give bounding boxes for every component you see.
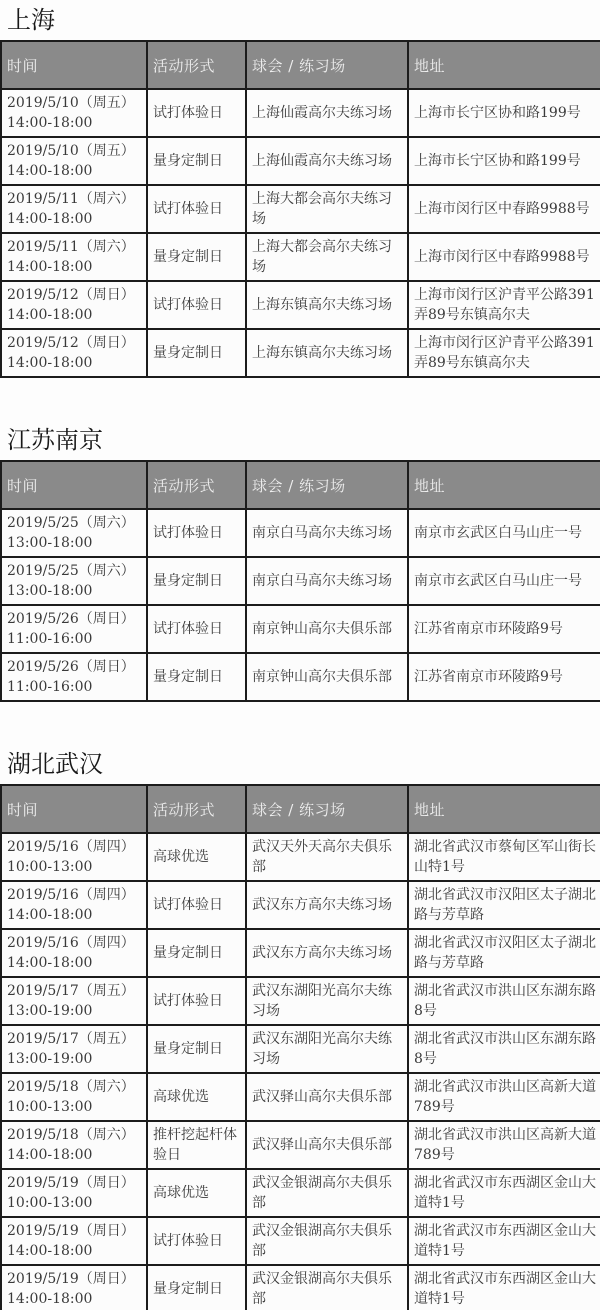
event-time: 13:00-19:00 bbox=[7, 1049, 142, 1069]
event-time: 14:00-18:00 bbox=[7, 161, 142, 181]
event-date: 2019/5/10（周五） bbox=[7, 93, 142, 113]
schedule-row: 2019/5/10（周五） 14:00-18:00 量身定制日 上海仙霞高尔夫练… bbox=[1, 137, 600, 185]
sections-container: 上海 时间 活动形式 球会 / 练习场 地址 2019/5/10（周五） 14:… bbox=[0, 6, 600, 1310]
event-time: 11:00-16:00 bbox=[7, 629, 142, 649]
event-date: 2019/5/16（周四） bbox=[7, 837, 142, 857]
event-date: 2019/5/19（周日） bbox=[7, 1221, 142, 1241]
column-header: 活动形式 bbox=[147, 785, 246, 833]
activity-cell: 试打体验日 bbox=[147, 509, 246, 557]
address-cell: 湖北省武汉市洪山区东湖东路8号 bbox=[408, 977, 600, 1025]
schedule-row: 2019/5/11（周六） 14:00-18:00 量身定制日 上海大都会高尔夫… bbox=[1, 233, 600, 281]
schedule-row: 2019/5/16（周四） 10:00-13:00 高球优选 武汉天外天高尔夫俱… bbox=[1, 833, 600, 881]
city-section: 江苏南京 时间 活动形式 球会 / 练习场 地址 2019/5/25（周六） 1… bbox=[0, 426, 600, 702]
event-date: 2019/5/18（周六） bbox=[7, 1125, 142, 1145]
column-header: 时间 bbox=[1, 41, 147, 89]
city-section: 湖北武汉 时间 活动形式 球会 / 练习场 地址 2019/5/16（周四） 1… bbox=[0, 750, 600, 1310]
event-time: 13:00-18:00 bbox=[7, 533, 142, 553]
schedule-row: 2019/5/19（周日） 10:00-13:00 高球优选 武汉金银湖高尔夫俱… bbox=[1, 1169, 600, 1217]
activity-cell: 试打体验日 bbox=[147, 605, 246, 653]
schedule-row: 2019/5/16（周四） 14:00-18:00 试打体验日 武汉东方高尔夫练… bbox=[1, 881, 600, 929]
column-header: 时间 bbox=[1, 461, 147, 509]
activity-cell: 试打体验日 bbox=[147, 977, 246, 1025]
event-time: 14:00-18:00 bbox=[7, 1289, 142, 1309]
schedule-table: 时间 活动形式 球会 / 练习场 地址 2019/5/10（周五） 14:00-… bbox=[0, 40, 600, 378]
address-cell: 上海市长宁区协和路199号 bbox=[408, 137, 600, 185]
event-date: 2019/5/12（周日） bbox=[7, 333, 142, 353]
header-row: 时间 活动形式 球会 / 练习场 地址 bbox=[1, 461, 600, 509]
schedule-row: 2019/5/17（周五） 13:00-19:00 试打体验日 武汉东湖阳光高尔… bbox=[1, 977, 600, 1025]
address-cell: 湖北省武汉市蔡甸区军山街长山特1号 bbox=[408, 833, 600, 881]
address-cell: 南京市玄武区白马山庄一号 bbox=[408, 509, 600, 557]
activity-cell: 试打体验日 bbox=[147, 89, 246, 137]
address-cell: 湖北省武汉市东西湖区金山大道特1号 bbox=[408, 1217, 600, 1265]
time-cell: 2019/5/25（周六） 13:00-18:00 bbox=[1, 557, 147, 605]
event-date: 2019/5/19（周日） bbox=[7, 1173, 142, 1193]
activity-cell: 高球优选 bbox=[147, 1169, 246, 1217]
time-cell: 2019/5/18（周六） 14:00-18:00 bbox=[1, 1121, 147, 1169]
activity-cell: 试打体验日 bbox=[147, 281, 246, 329]
activity-cell: 量身定制日 bbox=[147, 137, 246, 185]
activity-cell: 量身定制日 bbox=[147, 557, 246, 605]
venue-cell: 武汉东湖阳光高尔夫练习场 bbox=[246, 1025, 408, 1073]
schedule-row: 2019/5/26（周日） 11:00-16:00 量身定制日 南京钟山高尔夫俱… bbox=[1, 653, 600, 701]
schedule-row: 2019/5/19（周日） 14:00-18:00 量身定制日 武汉金银湖高尔夫… bbox=[1, 1265, 600, 1310]
column-header: 地址 bbox=[408, 41, 600, 89]
venue-cell: 武汉东方高尔夫练习场 bbox=[246, 881, 408, 929]
column-header: 球会 / 练习场 bbox=[246, 785, 408, 833]
event-date: 2019/5/25（周六） bbox=[7, 561, 142, 581]
table-body: 2019/5/16（周四） 10:00-13:00 高球优选 武汉天外天高尔夫俱… bbox=[1, 833, 600, 1310]
schedule-row: 2019/5/12（周日） 14:00-18:00 试打体验日 上海东镇高尔夫练… bbox=[1, 281, 600, 329]
event-time: 14:00-18:00 bbox=[7, 113, 142, 133]
schedule-row: 2019/5/16（周四） 14:00-18:00 量身定制日 武汉东方高尔夫练… bbox=[1, 929, 600, 977]
schedule-row: 2019/5/25（周六） 13:00-18:00 试打体验日 南京白马高尔夫练… bbox=[1, 509, 600, 557]
event-date: 2019/5/18（周六） bbox=[7, 1077, 142, 1097]
column-header: 球会 / 练习场 bbox=[246, 41, 408, 89]
column-header: 球会 / 练习场 bbox=[246, 461, 408, 509]
activity-cell: 量身定制日 bbox=[147, 1025, 246, 1073]
event-date: 2019/5/26（周日） bbox=[7, 657, 142, 677]
time-cell: 2019/5/10（周五） 14:00-18:00 bbox=[1, 137, 147, 185]
city-title: 上海 bbox=[7, 6, 600, 34]
venue-cell: 武汉东方高尔夫练习场 bbox=[246, 929, 408, 977]
event-date: 2019/5/26（周日） bbox=[7, 609, 142, 629]
event-time: 14:00-18:00 bbox=[7, 209, 142, 229]
event-time: 14:00-18:00 bbox=[7, 905, 142, 925]
time-cell: 2019/5/26（周日） 11:00-16:00 bbox=[1, 605, 147, 653]
table-head: 时间 活动形式 球会 / 练习场 地址 bbox=[1, 785, 600, 833]
schedule-row: 2019/5/19（周日） 14:00-18:00 试打体验日 武汉金银湖高尔夫… bbox=[1, 1217, 600, 1265]
city-section: 上海 时间 活动形式 球会 / 练习场 地址 2019/5/10（周五） 14:… bbox=[0, 6, 600, 378]
event-date: 2019/5/11（周六） bbox=[7, 189, 142, 209]
time-cell: 2019/5/26（周日） 11:00-16:00 bbox=[1, 653, 147, 701]
time-cell: 2019/5/17（周五） 13:00-19:00 bbox=[1, 1025, 147, 1073]
venue-cell: 武汉金银湖高尔夫俱乐部 bbox=[246, 1265, 408, 1310]
time-cell: 2019/5/10（周五） 14:00-18:00 bbox=[1, 89, 147, 137]
time-cell: 2019/5/16（周四） 14:00-18:00 bbox=[1, 881, 147, 929]
time-cell: 2019/5/12（周日） 14:00-18:00 bbox=[1, 281, 147, 329]
event-date: 2019/5/10（周五） bbox=[7, 141, 142, 161]
address-cell: 湖北省武汉市洪山区高新大道789号 bbox=[408, 1073, 600, 1121]
venue-cell: 上海仙霞高尔夫练习场 bbox=[246, 89, 408, 137]
activity-cell: 高球优选 bbox=[147, 833, 246, 881]
venue-cell: 上海仙霞高尔夫练习场 bbox=[246, 137, 408, 185]
event-date: 2019/5/25（周六） bbox=[7, 513, 142, 533]
event-time: 14:00-18:00 bbox=[7, 953, 142, 973]
time-cell: 2019/5/18（周六） 10:00-13:00 bbox=[1, 1073, 147, 1121]
time-cell: 2019/5/11（周六） 14:00-18:00 bbox=[1, 233, 147, 281]
column-header: 地址 bbox=[408, 785, 600, 833]
event-time: 14:00-18:00 bbox=[7, 1241, 142, 1261]
event-time: 10:00-13:00 bbox=[7, 1193, 142, 1213]
city-title: 江苏南京 bbox=[7, 426, 600, 454]
column-header: 活动形式 bbox=[147, 41, 246, 89]
column-header: 时间 bbox=[1, 785, 147, 833]
time-cell: 2019/5/16（周四） 10:00-13:00 bbox=[1, 833, 147, 881]
schedule-row: 2019/5/10（周五） 14:00-18:00 试打体验日 上海仙霞高尔夫练… bbox=[1, 89, 600, 137]
address-cell: 上海市长宁区协和路199号 bbox=[408, 89, 600, 137]
event-time: 13:00-18:00 bbox=[7, 581, 142, 601]
venue-cell: 武汉金银湖高尔夫俱乐部 bbox=[246, 1217, 408, 1265]
schedule-row: 2019/5/11（周六） 14:00-18:00 试打体验日 上海大都会高尔夫… bbox=[1, 185, 600, 233]
venue-cell: 武汉天外天高尔夫俱乐部 bbox=[246, 833, 408, 881]
event-date: 2019/5/11（周六） bbox=[7, 237, 142, 257]
address-cell: 上海市闵行区沪青平公路391弄89号东镇高尔夫 bbox=[408, 329, 600, 377]
event-date: 2019/5/19（周日） bbox=[7, 1269, 142, 1289]
venue-cell: 南京白马高尔夫练习场 bbox=[246, 509, 408, 557]
address-cell: 湖北省武汉市汉阳区太子湖北路与芳草路 bbox=[408, 929, 600, 977]
event-time: 10:00-13:00 bbox=[7, 857, 142, 877]
schedule-table: 时间 活动形式 球会 / 练习场 地址 2019/5/16（周四） 10:00-… bbox=[0, 784, 600, 1310]
event-date: 2019/5/17（周五） bbox=[7, 981, 142, 1001]
time-cell: 2019/5/19（周日） 10:00-13:00 bbox=[1, 1169, 147, 1217]
event-time: 14:00-18:00 bbox=[7, 1145, 142, 1165]
activity-cell: 高球优选 bbox=[147, 1073, 246, 1121]
address-cell: 湖北省武汉市洪山区东湖东路8号 bbox=[408, 1025, 600, 1073]
venue-cell: 武汉金银湖高尔夫俱乐部 bbox=[246, 1169, 408, 1217]
activity-cell: 推杆挖起杆体验日 bbox=[147, 1121, 246, 1169]
header-row: 时间 活动形式 球会 / 练习场 地址 bbox=[1, 785, 600, 833]
table-body: 2019/5/25（周六） 13:00-18:00 试打体验日 南京白马高尔夫练… bbox=[1, 509, 600, 701]
event-time: 11:00-16:00 bbox=[7, 677, 142, 697]
time-cell: 2019/5/25（周六） 13:00-18:00 bbox=[1, 509, 147, 557]
venue-cell: 武汉驿山高尔夫俱乐部 bbox=[246, 1073, 408, 1121]
schedule-row: 2019/5/12（周日） 14:00-18:00 量身定制日 上海东镇高尔夫练… bbox=[1, 329, 600, 377]
venue-cell: 南京钟山高尔夫俱乐部 bbox=[246, 605, 408, 653]
schedule-row: 2019/5/18（周六） 14:00-18:00 推杆挖起杆体验日 武汉驿山高… bbox=[1, 1121, 600, 1169]
venue-cell: 南京白马高尔夫练习场 bbox=[246, 557, 408, 605]
address-cell: 上海市闵行区沪青平公路391弄89号东镇高尔夫 bbox=[408, 281, 600, 329]
column-header: 地址 bbox=[408, 461, 600, 509]
time-cell: 2019/5/19（周日） 14:00-18:00 bbox=[1, 1217, 147, 1265]
event-date: 2019/5/17（周五） bbox=[7, 1029, 142, 1049]
address-cell: 江苏省南京市环陵路9号 bbox=[408, 653, 600, 701]
address-cell: 湖北省武汉市洪山区高新大道789号 bbox=[408, 1121, 600, 1169]
event-date: 2019/5/12（周日） bbox=[7, 285, 142, 305]
event-time: 14:00-18:00 bbox=[7, 257, 142, 277]
event-date: 2019/5/16（周四） bbox=[7, 885, 142, 905]
activity-cell: 量身定制日 bbox=[147, 653, 246, 701]
time-cell: 2019/5/12（周日） 14:00-18:00 bbox=[1, 329, 147, 377]
venue-cell: 武汉驿山高尔夫俱乐部 bbox=[246, 1121, 408, 1169]
activity-cell: 量身定制日 bbox=[147, 233, 246, 281]
venue-cell: 武汉东湖阳光高尔夫练习场 bbox=[246, 977, 408, 1025]
activity-cell: 试打体验日 bbox=[147, 185, 246, 233]
schedule-row: 2019/5/18（周六） 10:00-13:00 高球优选 武汉驿山高尔夫俱乐… bbox=[1, 1073, 600, 1121]
table-head: 时间 活动形式 球会 / 练习场 地址 bbox=[1, 41, 600, 89]
time-cell: 2019/5/19（周日） 14:00-18:00 bbox=[1, 1265, 147, 1310]
activity-cell: 试打体验日 bbox=[147, 1217, 246, 1265]
address-cell: 江苏省南京市环陵路9号 bbox=[408, 605, 600, 653]
header-row: 时间 活动形式 球会 / 练习场 地址 bbox=[1, 41, 600, 89]
table-head: 时间 活动形式 球会 / 练习场 地址 bbox=[1, 461, 600, 509]
venue-cell: 上海大都会高尔夫练习场 bbox=[246, 185, 408, 233]
event-time: 14:00-18:00 bbox=[7, 305, 142, 325]
address-cell: 湖北省武汉市汉阳区太子湖北路与芳草路 bbox=[408, 881, 600, 929]
time-cell: 2019/5/16（周四） 14:00-18:00 bbox=[1, 929, 147, 977]
address-cell: 上海市闵行区中春路9988号 bbox=[408, 233, 600, 281]
activity-cell: 量身定制日 bbox=[147, 1265, 246, 1310]
address-cell: 湖北省武汉市东西湖区金山大道特1号 bbox=[408, 1169, 600, 1217]
address-cell: 南京市玄武区白马山庄一号 bbox=[408, 557, 600, 605]
event-time: 14:00-18:00 bbox=[7, 353, 142, 373]
venue-cell: 南京钟山高尔夫俱乐部 bbox=[246, 653, 408, 701]
address-cell: 上海市闵行区中春路9988号 bbox=[408, 185, 600, 233]
event-date: 2019/5/16（周四） bbox=[7, 933, 142, 953]
city-title: 湖北武汉 bbox=[7, 750, 600, 778]
time-cell: 2019/5/11（周六） 14:00-18:00 bbox=[1, 185, 147, 233]
time-cell: 2019/5/17（周五） 13:00-19:00 bbox=[1, 977, 147, 1025]
schedule-row: 2019/5/25（周六） 13:00-18:00 量身定制日 南京白马高尔夫练… bbox=[1, 557, 600, 605]
activity-cell: 量身定制日 bbox=[147, 929, 246, 977]
address-cell: 湖北省武汉市东西湖区金山大道特1号 bbox=[408, 1265, 600, 1310]
venue-cell: 上海东镇高尔夫练习场 bbox=[246, 329, 408, 377]
venue-cell: 上海东镇高尔夫练习场 bbox=[246, 281, 408, 329]
schedule-row: 2019/5/26（周日） 11:00-16:00 试打体验日 南京钟山高尔夫俱… bbox=[1, 605, 600, 653]
event-time: 10:00-13:00 bbox=[7, 1097, 142, 1117]
schedule-table: 时间 活动形式 球会 / 练习场 地址 2019/5/25（周六） 13:00-… bbox=[0, 460, 600, 702]
venue-cell: 上海大都会高尔夫练习场 bbox=[246, 233, 408, 281]
column-header: 活动形式 bbox=[147, 461, 246, 509]
event-time: 13:00-19:00 bbox=[7, 1001, 142, 1021]
activity-cell: 量身定制日 bbox=[147, 329, 246, 377]
schedule-row: 2019/5/17（周五） 13:00-19:00 量身定制日 武汉东湖阳光高尔… bbox=[1, 1025, 600, 1073]
event-schedule-page: 上海 时间 活动形式 球会 / 练习场 地址 2019/5/10（周五） 14:… bbox=[0, 0, 600, 1310]
table-body: 2019/5/10（周五） 14:00-18:00 试打体验日 上海仙霞高尔夫练… bbox=[1, 89, 600, 377]
activity-cell: 试打体验日 bbox=[147, 881, 246, 929]
